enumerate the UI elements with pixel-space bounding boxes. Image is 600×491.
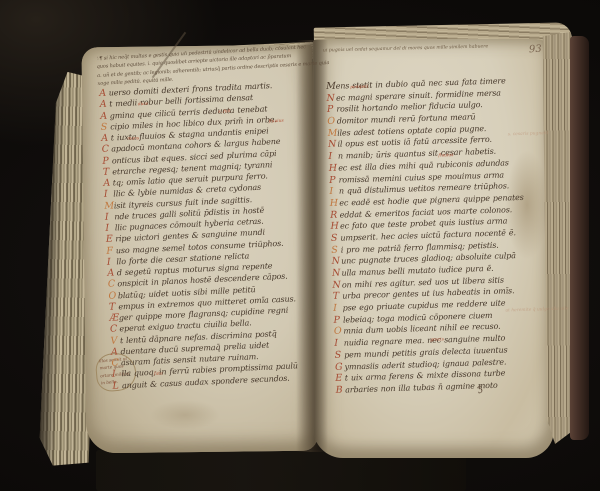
interlinear-gloss: s. cesaris pugnant <box>508 132 549 138</box>
interlinear-gloss: mons <box>127 137 139 142</box>
right-interlinear-glosses: pompeiifluuiuss. cesaris pugnantut herem… <box>326 74 560 401</box>
manuscript-photo: ∵¶ si hic neq̄t multas e gestis quia un̄… <box>0 0 600 491</box>
left-interlinear-glosses: duces. fuitfluuiusmonsfata <box>99 78 325 399</box>
interlinear-gloss: duce <box>138 103 149 108</box>
interlinear-gloss: grecis <box>430 338 444 343</box>
interlinear-gloss: pompeii <box>350 86 368 91</box>
binding-edge <box>570 36 589 440</box>
interlinear-gloss: s. fuit <box>218 110 231 115</box>
parchment-stain <box>150 400 220 430</box>
interlinear-gloss: fluuius <box>269 120 284 125</box>
folio-number: 93 <box>529 44 542 56</box>
interlinear-gloss: fluuius <box>438 154 453 159</box>
interlinear-gloss: fata <box>154 372 163 377</box>
